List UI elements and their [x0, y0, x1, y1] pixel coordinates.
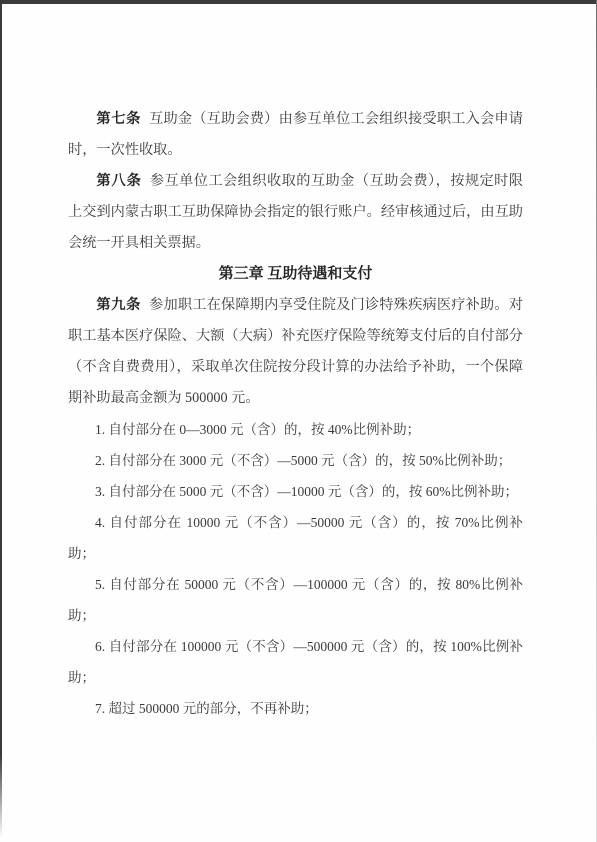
article-8-paragraph: 第八条参互单位工会组织收取的互助金（互助会费），按规定时限上交到内蒙古职工互助保…: [68, 166, 523, 259]
scan-edge-top: [0, 0, 597, 4]
scan-edge-left: [0, 0, 2, 838]
scanned-document-page: 第七条互助金（互助会费）由参互单位工会组织接受职工入会申请时，一次性收取。 第八…: [0, 0, 597, 842]
subsidy-item-7: 7. 超过 500000 元的部分，不再补助；: [68, 693, 523, 724]
chapter-3-heading: 第三章 互助待遇和支付: [68, 259, 523, 290]
article-7-paragraph: 第七条互助金（互助会费）由参互单位工会组织接受职工入会申请时，一次性收取。: [68, 104, 523, 166]
subsidy-item-2: 2. 自付部分在 3000 元（不含）—5000 元（含）的，按 50%比例补助…: [68, 445, 523, 476]
subsidy-item-4: 4. 自付部分在 10000 元（不含）—50000 元（含）的，按 70%比例…: [68, 507, 523, 569]
article-7-label: 第七条: [96, 111, 141, 127]
subsidy-item-6: 6. 自付部分在 100000 元（不含）—500000 元（含）的，按 100…: [68, 631, 523, 693]
subsidy-item-3: 3. 自付部分在 5000 元（不含）—10000 元（含）的，按 60%比例补…: [68, 476, 523, 507]
article-9-paragraph: 第九条参加职工在保障期内享受住院及门诊特殊疾病医疗补助。对职工基本医疗保险、大额…: [68, 290, 523, 414]
article-9-text: 参加职工在保障期内享受住院及门诊特殊疾病医疗补助。对职工基本医疗保险、大额（大病…: [68, 297, 523, 406]
article-8-label: 第八条: [96, 173, 141, 189]
article-9-label: 第九条: [96, 297, 141, 313]
subsidy-item-1: 1. 自付部分在 0—3000 元（含）的，按 40%比例补助；: [68, 414, 523, 445]
subsidy-item-5: 5. 自付部分在 50000 元（不含）—100000 元（含）的，按 80%比…: [68, 569, 523, 631]
document-content: 第七条互助金（互助会费）由参互单位工会组织接受职工入会申请时，一次性收取。 第八…: [68, 104, 523, 724]
